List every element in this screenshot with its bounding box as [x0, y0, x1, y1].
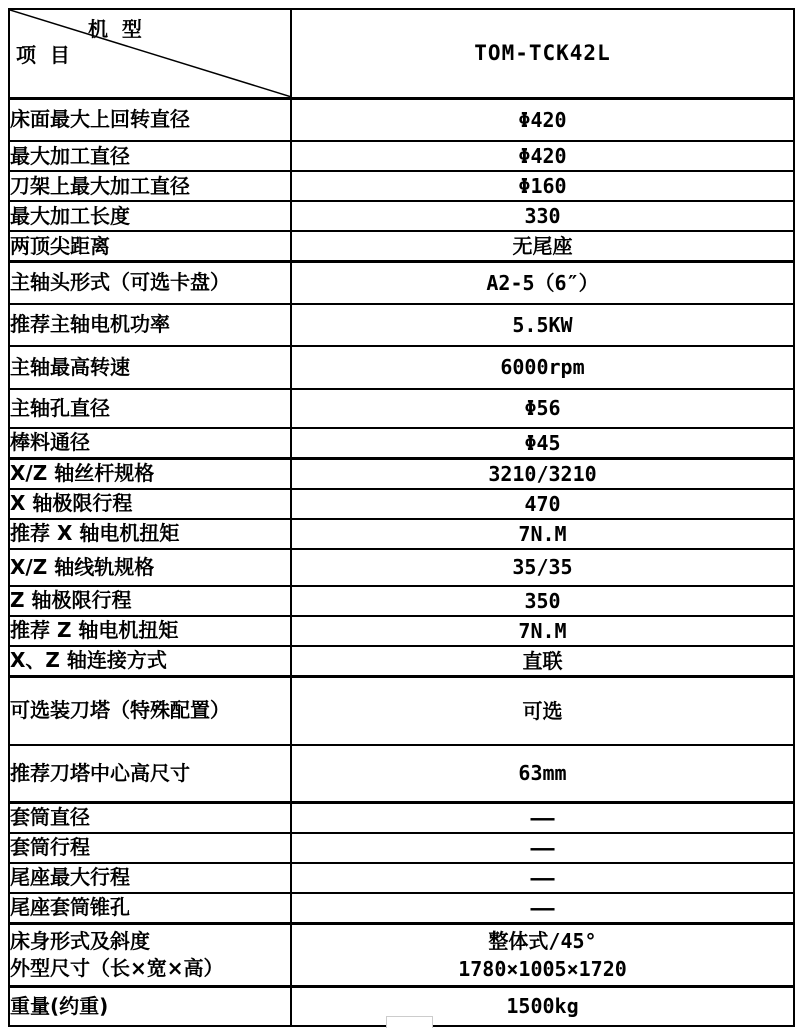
table-row: 主轴头形式（可选卡盘） A2-5（6″）: [9, 262, 794, 304]
spec-value: 整体式/45°1780×1005×1720: [291, 923, 794, 986]
spec-value: 1500kg: [291, 986, 794, 1026]
spec-label: 尾座套筒锥孔: [9, 893, 291, 924]
table-row: 最大加工直径 Φ420: [9, 141, 794, 171]
table-row: 刀架上最大加工直径 Φ160: [9, 171, 794, 201]
spec-label: Z 轴极限行程: [9, 586, 291, 616]
table-row: X 轴极限行程 470: [9, 489, 794, 519]
spec-label: 套筒直径: [9, 802, 291, 833]
spec-value: 无尾座: [291, 231, 794, 262]
table-row: 主轴最高转速 6000rpm: [9, 346, 794, 389]
diagonal-header-cell: 机 型 项 目: [9, 9, 291, 98]
spec-value: 470: [291, 489, 794, 519]
spec-value: 可选: [291, 676, 794, 745]
table-row: 推荐 Z 轴电机扭矩 7N.M: [9, 616, 794, 646]
header-item-label: 项 目: [16, 39, 70, 68]
spec-value: 7N.M: [291, 519, 794, 549]
spec-label: 推荐 Z 轴电机扭矩: [9, 616, 291, 646]
spec-label: 两顶尖距离: [9, 231, 291, 262]
spec-value: 3210/3210: [291, 458, 794, 489]
table-header-row: 机 型 项 目 TOM-TCK42L: [9, 9, 794, 98]
spec-label: 最大加工直径: [9, 141, 291, 171]
table-row: X/Z 轴丝杆规格 3210/3210: [9, 458, 794, 489]
spec-value: ——: [291, 863, 794, 893]
spec-label: 重量(约重): [9, 986, 291, 1026]
table-row: 主轴孔直径 Φ56: [9, 389, 794, 428]
table-row: 两顶尖距离 无尾座: [9, 231, 794, 262]
table-row: 推荐主轴电机功率 5.5KW: [9, 304, 794, 346]
spec-label: 主轴孔直径: [9, 389, 291, 428]
table-row: 推荐 X 轴电机扭矩 7N.M: [9, 519, 794, 549]
spec-label: X 轴极限行程: [9, 489, 291, 519]
spec-value: 5.5KW: [291, 304, 794, 346]
spec-label: 最大加工长度: [9, 201, 291, 231]
spec-label: 主轴最高转速: [9, 346, 291, 389]
model-name: TOM-TCK42L: [291, 9, 794, 98]
table-row: X/Z 轴线轨规格 35/35: [9, 549, 794, 586]
spec-value: Φ420: [291, 98, 794, 141]
spec-value: 63mm: [291, 745, 794, 802]
spec-value: 7N.M: [291, 616, 794, 646]
header-machine-type-label: 机 型: [88, 13, 142, 42]
spec-label: X/Z 轴丝杆规格: [9, 458, 291, 489]
spec-label: X、Z 轴连接方式: [9, 646, 291, 677]
spec-label: 棒料通径: [9, 428, 291, 459]
spec-label: 可选装刀塔（特殊配置）: [9, 676, 291, 745]
spec-value: 6000rpm: [291, 346, 794, 389]
spec-value: Φ160: [291, 171, 794, 201]
spec-label: 推荐主轴电机功率: [9, 304, 291, 346]
spec-label: 推荐刀塔中心高尺寸: [9, 745, 291, 802]
table-row: Z 轴极限行程 350: [9, 586, 794, 616]
table-row: 床身形式及斜度外型尺寸（长×宽×高） 整体式/45°1780×1005×1720: [9, 923, 794, 986]
spec-label: 床身形式及斜度外型尺寸（长×宽×高）: [9, 923, 291, 986]
spec-value: ——: [291, 833, 794, 863]
spec-sheet-page: 机 型 项 目 TOM-TCK42L 床面最大上回转直径 Φ420 最大加工直径…: [8, 8, 793, 1027]
table-row: 套筒行程 ——: [9, 833, 794, 863]
spec-value: 330: [291, 201, 794, 231]
spec-label: 刀架上最大加工直径: [9, 171, 291, 201]
spec-value: Φ45: [291, 428, 794, 459]
spec-value: Φ56: [291, 389, 794, 428]
spec-value: Φ420: [291, 141, 794, 171]
spec-value: 35/35: [291, 549, 794, 586]
table-row: 尾座套筒锥孔 ——: [9, 893, 794, 924]
table-row: 床面最大上回转直径 Φ420: [9, 98, 794, 141]
table-row: 推荐刀塔中心高尺寸 63mm: [9, 745, 794, 802]
table-row: 棒料通径 Φ45: [9, 428, 794, 459]
spec-label: 推荐 X 轴电机扭矩: [9, 519, 291, 549]
spec-value: ——: [291, 802, 794, 833]
table-row: X、Z 轴连接方式 直联: [9, 646, 794, 677]
table-row: 可选装刀塔（特殊配置） 可选: [9, 676, 794, 745]
spec-value: A2-5（6″）: [291, 262, 794, 304]
table-row: 最大加工长度 330: [9, 201, 794, 231]
spec-label: 主轴头形式（可选卡盘）: [9, 262, 291, 304]
spec-label: 尾座最大行程: [9, 863, 291, 893]
spec-value: 350: [291, 586, 794, 616]
machine-spec-table: 机 型 项 目 TOM-TCK42L 床面最大上回转直径 Φ420 最大加工直径…: [8, 8, 795, 1027]
spec-value: ——: [291, 893, 794, 924]
table-row: 套筒直径 ——: [9, 802, 794, 833]
spec-label: 套筒行程: [9, 833, 291, 863]
spec-label: X/Z 轴线轨规格: [9, 549, 291, 586]
spec-value: 直联: [291, 646, 794, 677]
partial-next-cell-artifact: [386, 1016, 433, 1028]
table-row: 尾座最大行程 ——: [9, 863, 794, 893]
spec-label: 床面最大上回转直径: [9, 98, 291, 141]
